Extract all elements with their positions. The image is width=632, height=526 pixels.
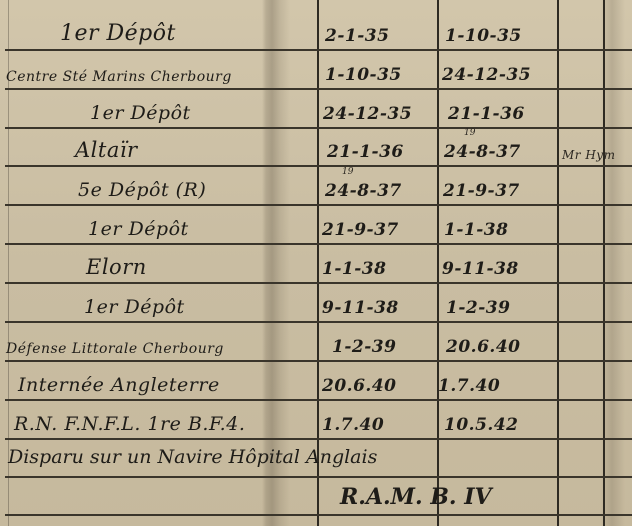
to-date-cell: 21-9-37: [443, 181, 520, 201]
posting-cell: Internée Angleterre: [18, 374, 220, 396]
posting-cell: Défense Littorale Cherbourg: [6, 341, 224, 357]
to-date-cell: 24-8-37: [444, 142, 521, 162]
from-date-cell: 1.7.40: [322, 415, 384, 435]
to-date-cell: 10.5.42: [444, 415, 518, 435]
from-date-cell: 2-1-35: [325, 26, 389, 46]
table-row: 19 5e Dépôt (R) 24-8-37 21-9-37: [0, 167, 632, 205]
to-date-cell: 9-11-38: [442, 259, 519, 279]
posting-cell: Elorn: [86, 255, 147, 279]
from-date-cell: 1-10-35: [325, 65, 402, 85]
row-rule: [5, 514, 632, 516]
from-date-cell: 21-9-37: [322, 220, 399, 240]
from-date-cell: 24-8-37: [325, 181, 402, 201]
table-row: Internée Angleterre 20.6.40 1.7.40: [0, 362, 632, 400]
register-page: 1er Dépôt 2-1-35 1-10-35 Centre Sté Mari…: [0, 0, 632, 526]
to-date-cell: 1.7.40: [438, 376, 500, 396]
from-date-cell: 21-1-36: [327, 142, 404, 162]
date-annotation: 19: [342, 167, 353, 177]
row-rule: [5, 476, 632, 478]
date-annotation: 19: [464, 128, 475, 138]
to-date-cell: 24-12-35: [442, 65, 531, 85]
table-row: 1er Dépôt 2-1-35 1-10-35: [0, 12, 632, 50]
to-date-cell: 1-1-38: [444, 220, 508, 240]
from-date-cell: 1-1-38: [322, 259, 386, 279]
table-row: Centre Sté Marins Cherbourg 1-10-35 24-1…: [0, 51, 632, 89]
posting-cell: 1er Dépôt: [84, 296, 185, 318]
table-row: 1er Dépôt 21-9-37 1-1-38: [0, 206, 632, 244]
to-date-cell: 21-1-36: [448, 104, 525, 124]
from-date-cell: 9-11-38: [322, 298, 399, 318]
from-date-cell: 20.6.40: [322, 376, 396, 396]
table-row: Défense Littorale Cherbourg 1-2-39 20.6.…: [0, 323, 632, 361]
to-date-cell: 1-2-39: [446, 298, 510, 318]
table-row: Altaïr 21-1-36 19 24-8-37 Mr Hym: [0, 128, 632, 166]
posting-cell: 1er Dépôt: [60, 21, 176, 46]
posting-cell: R.N. F.N.F.L. 1re B.F.4.: [14, 413, 245, 435]
table-row: Elorn 1-1-38 9-11-38: [0, 245, 632, 283]
posting-cell: Centre Sté Marins Cherbourg: [6, 69, 232, 85]
to-date-cell: 20.6.40: [446, 337, 520, 357]
from-date-cell: 1-2-39: [332, 337, 396, 357]
posting-cell: 1er Dépôt: [90, 102, 191, 124]
table-row: R.N. F.N.F.L. 1re B.F.4. 1.7.40 10.5.42: [0, 401, 632, 439]
posting-cell: Altaïr: [75, 138, 138, 162]
posting-cell: 5e Dépôt (R): [78, 179, 206, 201]
to-date-cell: 1-10-35: [445, 26, 522, 46]
from-date-cell: 24-12-35: [323, 104, 412, 124]
observation-cell: Mr Hym: [562, 148, 615, 162]
remark-line-2: R.A.M. B. IV: [340, 484, 492, 510]
table-row: 1er Dépôt 24-12-35 21-1-36: [0, 90, 632, 128]
posting-cell: 1er Dépôt: [88, 218, 189, 240]
remark-line-1: Disparu sur un Navire Hôpital Anglais: [8, 446, 377, 468]
table-row: 1er Dépôt 9-11-38 1-2-39: [0, 284, 632, 322]
